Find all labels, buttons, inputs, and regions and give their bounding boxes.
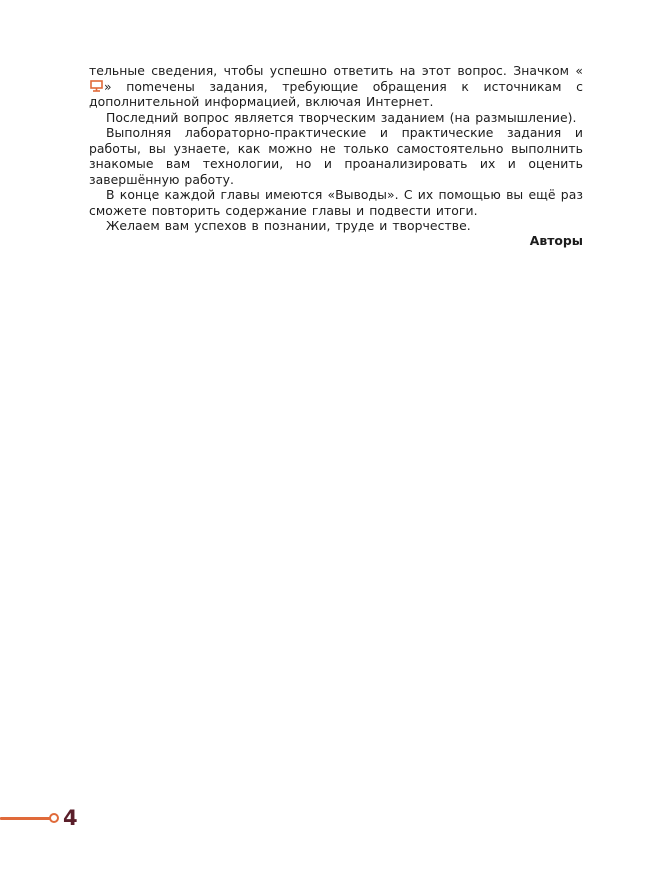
paragraph-4: В конце каждой главы имеются «Выводы». С… — [89, 187, 583, 218]
paragraph-3: Выполняя лабораторно-практические и прак… — [89, 125, 583, 187]
paragraph-1: тельные сведения, чтобы успешно ответить… — [89, 63, 583, 110]
authors-signature: Авторы — [530, 233, 583, 248]
footer-decorative-circle-icon — [49, 813, 59, 823]
paragraph-1-text-a: тельные сведения, чтобы успешно ответить… — [89, 63, 583, 78]
paragraph-1-text-b: » по­mечены задания, требующие обращения… — [89, 79, 583, 110]
page-number: 4 — [63, 806, 78, 830]
paragraph-2: Последний вопрос является творческим зад… — [89, 110, 583, 126]
footer-decorative-line — [0, 817, 50, 820]
body-text: тельные сведения, чтобы успешно ответить… — [89, 63, 583, 234]
page-footer: 4 — [0, 806, 90, 830]
computer-icon — [90, 80, 103, 92]
paragraph-5: Желаем вам успехов в познании, труде и т… — [89, 218, 583, 234]
